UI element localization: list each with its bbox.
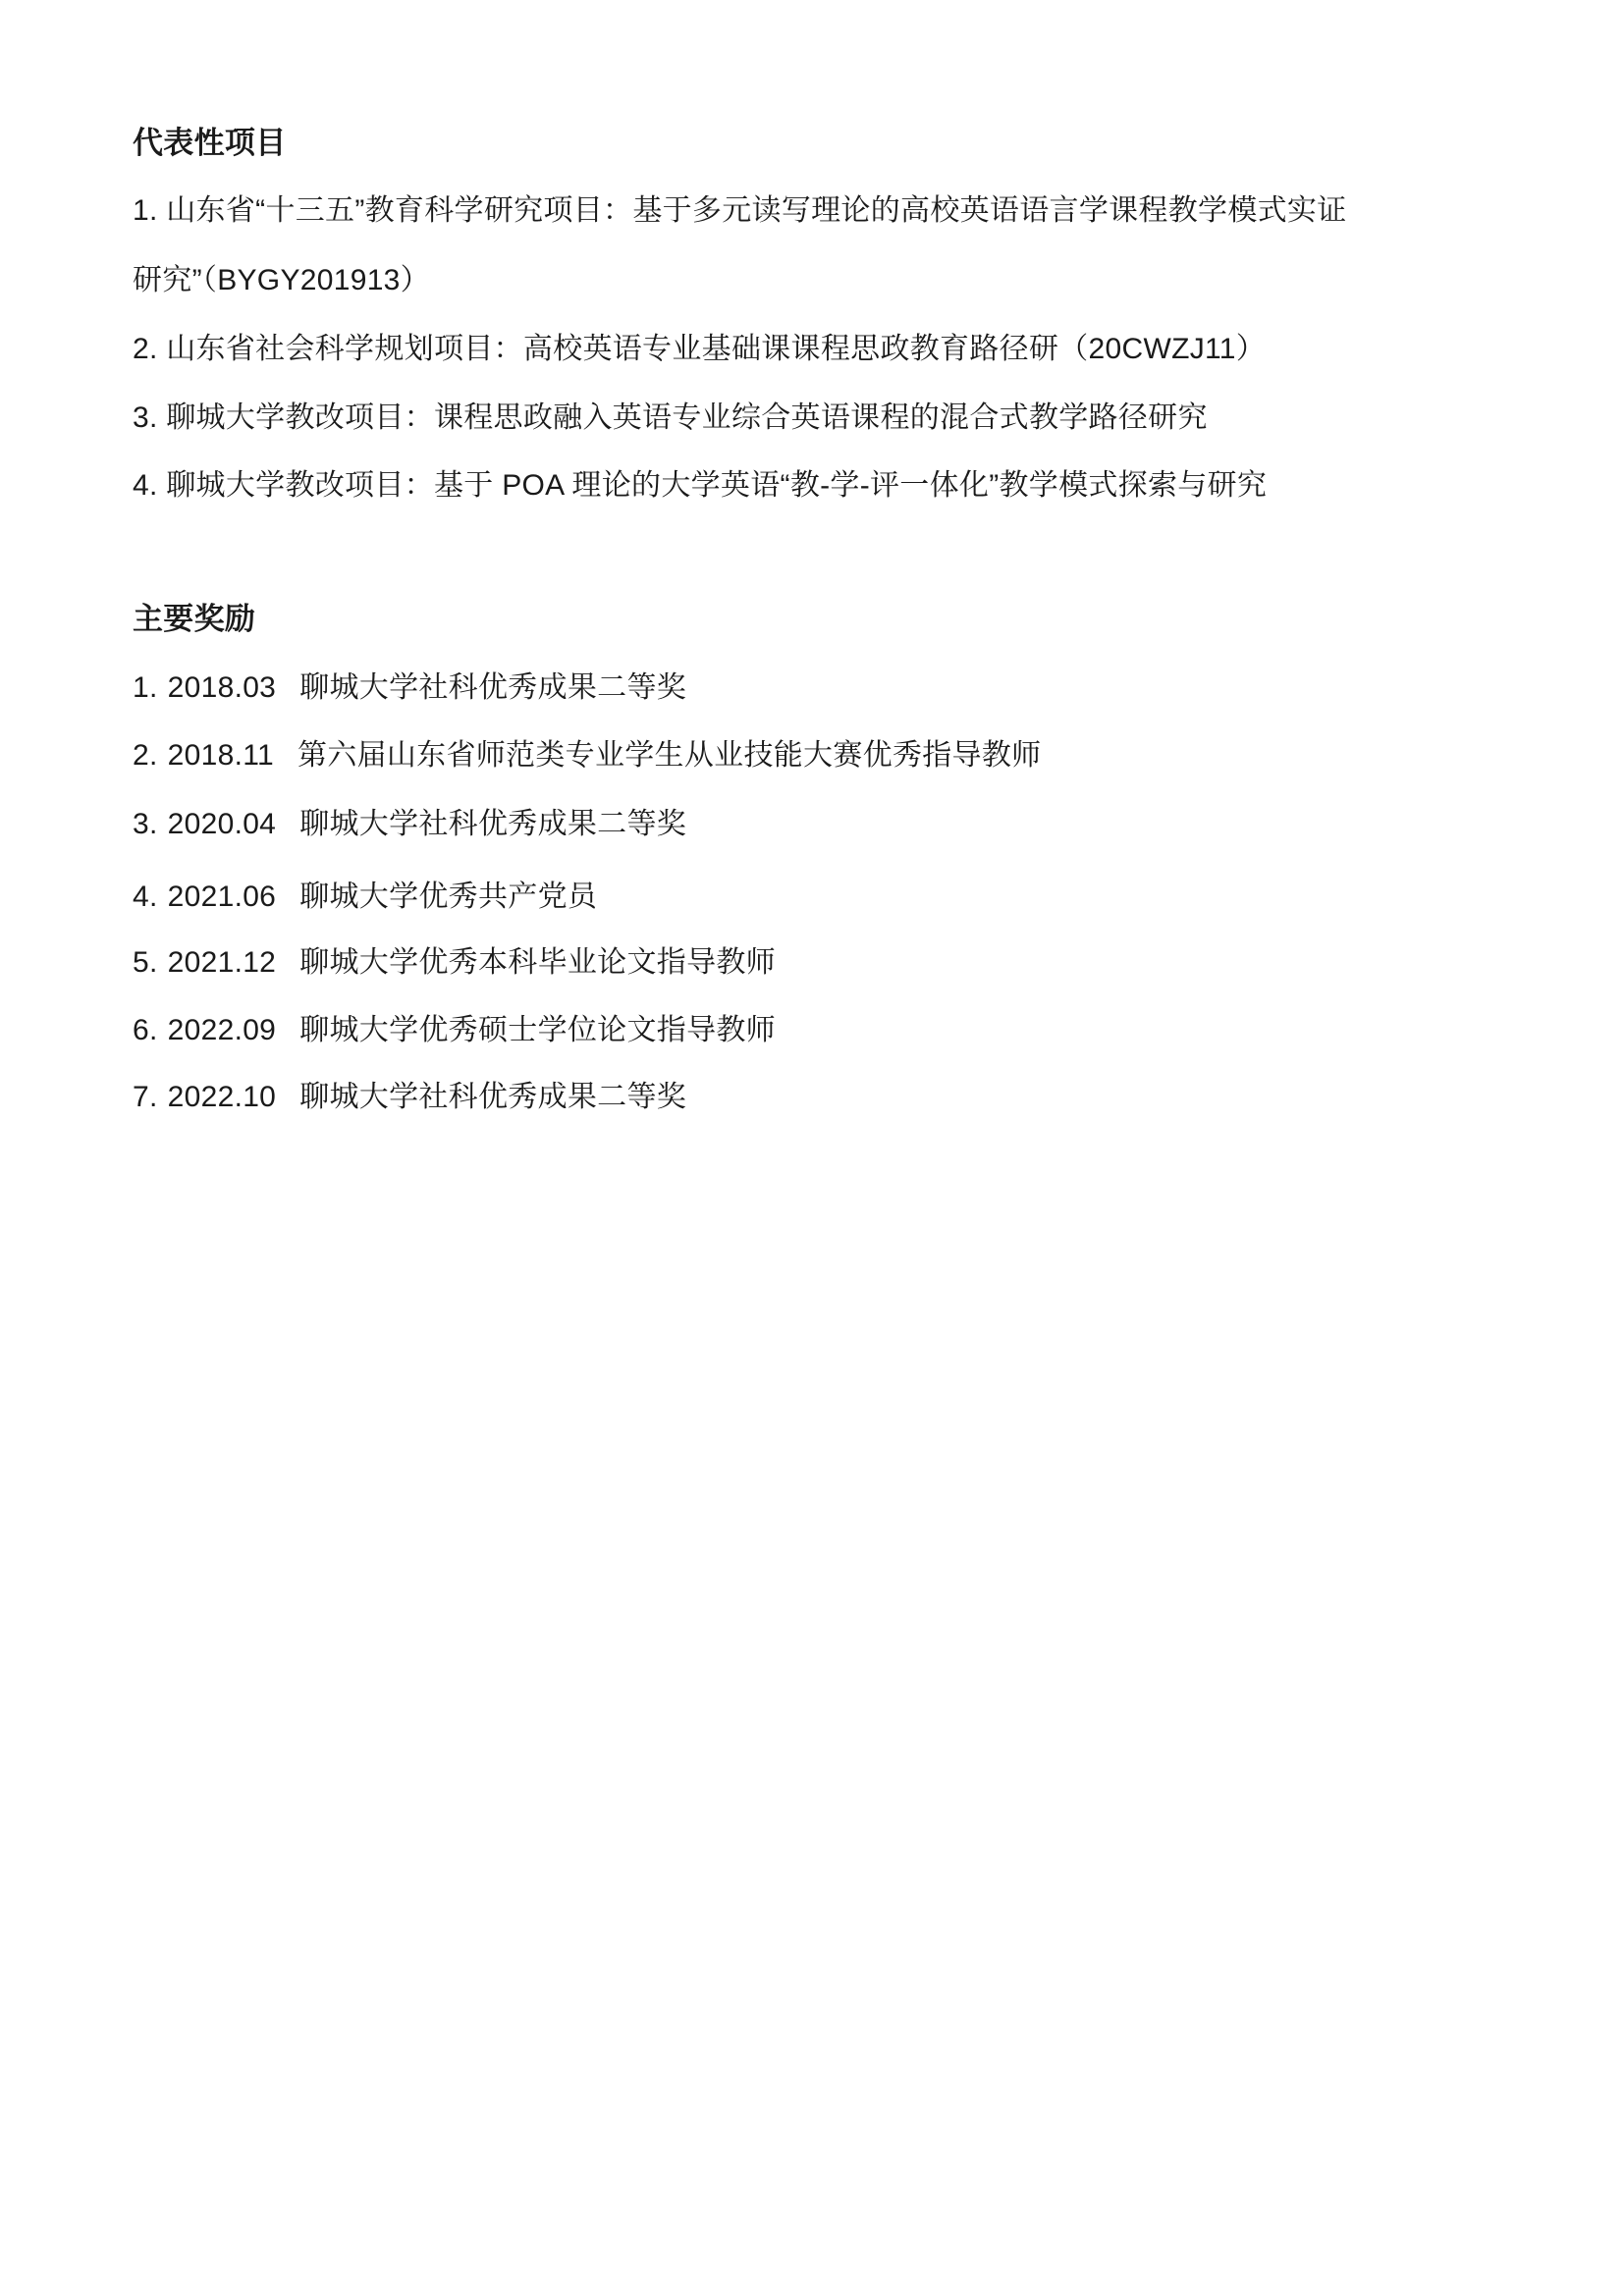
award-number: 2.	[133, 738, 158, 774]
award-item-4: 4.2021.06聊城大学优秀共产党员	[133, 880, 597, 915]
award-date: 2020.04	[168, 807, 277, 842]
award-item-6: 6.2022.09聊城大学优秀硕士学位论文指导教师	[133, 1013, 776, 1048]
award-item-7: 7.2022.10聊城大学社科优秀成果二等奖	[133, 1080, 686, 1115]
projects-section-heading: 代表性项目	[133, 126, 287, 161]
award-item-1: 1.2018.03聊城大学社科优秀成果二等奖	[133, 670, 686, 706]
award-text: 聊城大学社科优秀成果二等奖	[299, 808, 686, 840]
award-number: 5.	[133, 945, 158, 981]
project-item-3: 3. 聊城大学教改项目：课程思政融入英语专业综合英语课程的混合式教学路径研究	[133, 400, 1208, 436]
project-item-1-line-1: 1. 山东省“十三五”教育科学研究项目：基于多元读写理论的高校英语语言学课程教学…	[133, 193, 1347, 229]
award-date: 2022.10	[168, 1080, 277, 1115]
award-text: 聊城大学优秀本科毕业论文指导教师	[299, 946, 776, 979]
award-date: 2018.03	[168, 670, 277, 706]
award-text: 聊城大学社科优秀成果二等奖	[299, 1081, 686, 1113]
document-page: 代表性项目 1. 山东省“十三五”教育科学研究项目：基于多元读写理论的高校英语语…	[0, 0, 1624, 2296]
project-item-1-line-2: 研究”（BYGY201913）	[133, 263, 430, 298]
award-number: 4.	[133, 880, 158, 915]
award-text: 聊城大学优秀共产党员	[299, 881, 597, 913]
award-number: 1.	[133, 670, 158, 706]
award-text: 聊城大学优秀硕士学位论文指导教师	[299, 1014, 776, 1046]
award-item-2: 2.2018.11第六届山东省师范类专业学生从业技能大赛优秀指导教师	[133, 738, 1041, 774]
project-item-4: 4. 聊城大学教改项目：基于 POA 理论的大学英语“教-学-评一体化”教学模式…	[133, 468, 1267, 504]
award-date: 2021.12	[168, 945, 277, 981]
award-text: 聊城大学社科优秀成果二等奖	[299, 671, 686, 704]
project-item-2: 2. 山东省社会科学规划项目：高校英语专业基础课课程思政教育路径研（20CWZJ…	[133, 332, 1266, 367]
award-number: 3.	[133, 807, 158, 842]
award-text: 第六届山东省师范类专业学生从业技能大赛优秀指导教师	[298, 739, 1042, 772]
award-item-5: 5.2021.12聊城大学优秀本科毕业论文指导教师	[133, 945, 776, 981]
award-item-3: 3.2020.04聊城大学社科优秀成果二等奖	[133, 807, 686, 842]
awards-section-heading: 主要奖励	[133, 602, 255, 637]
award-date: 2018.11	[168, 738, 274, 774]
award-date: 2022.09	[168, 1013, 277, 1048]
award-number: 7.	[133, 1080, 158, 1115]
award-number: 6.	[133, 1013, 158, 1048]
award-date: 2021.06	[168, 880, 277, 915]
